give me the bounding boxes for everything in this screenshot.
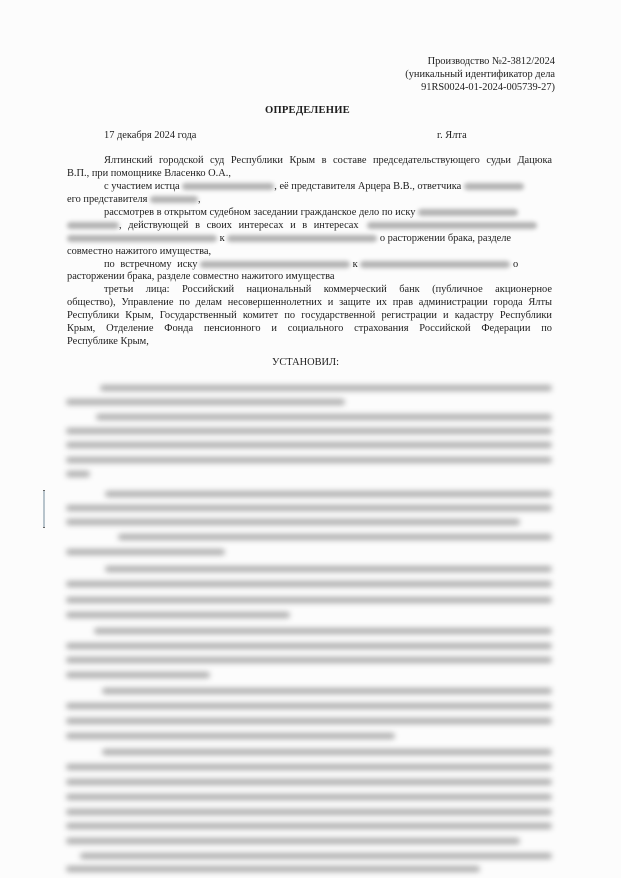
redacted-line [66,519,520,525]
redacted-line [118,534,552,540]
redacted-line [66,718,552,724]
counter-claim-text: к [353,259,358,270]
participation-plaintiff-label: с участием истца [104,181,180,192]
court-line-1: Ялтинский городской суд Республики Крым … [104,154,552,167]
redacted-line [66,505,552,511]
redacted-line [66,809,552,815]
third-parties-line-2: общество), Управление по делам несоверше… [67,296,552,309]
redacted-line [66,597,552,603]
third-parties-line-1: третьи лица: Российский национальный ком… [104,283,552,296]
redacted-line [66,428,552,434]
case-number: Производство №2-3812/2024 [428,55,555,68]
redacted-name [200,261,350,268]
case-id-label: (уникальный идентификатор дела [405,68,555,81]
redacted-line [66,764,552,770]
redacted-line [66,399,345,405]
redacted-line [66,703,552,709]
redacted-line [102,749,552,755]
redacted-line [100,385,552,391]
redacted-line [66,866,480,872]
redacted-name [464,183,524,190]
review-text: рассмотрев в открытом судебном заседании… [104,207,415,218]
redacted-line [102,688,552,694]
redacted-line [66,457,552,463]
redacted-line [66,581,552,587]
participation-representative: , её представителя Арцера В.В., ответчик… [274,181,461,192]
review-line-3: к о расторжении брака, разделе [67,232,511,245]
redacted-line [105,491,552,497]
redacted-name [67,222,119,229]
document-page: Производство №2-3812/2024 (уникальный ид… [0,0,621,878]
redacted-line [66,643,552,649]
document-place: г. Ялта [437,129,467,142]
redacted-line [66,733,395,739]
redacted-name [418,209,518,216]
comma: , [198,194,201,205]
redacted-name [360,261,510,268]
review-text: о расторжении брака, разделе [380,233,511,244]
redacted-name [150,196,198,203]
redacted-name [182,183,274,190]
redacted-line [96,414,552,420]
third-parties-line-5: Республике Крым, [67,335,149,348]
redacted-name [67,235,217,242]
counter-claim-text: о [513,259,518,270]
third-parties-line-4: Крым, Отделение Фонда пенсионного и соци… [67,322,552,335]
redacted-line [94,628,552,634]
court-line-2: В.П., при помощнике Власенко О.А., [67,167,231,180]
redacted-line [105,566,552,572]
participation-line-2: его представителя , [67,193,201,206]
participation-line: с участием истца , её представителя Арце… [104,180,524,193]
redacted-name [227,235,377,242]
redacted-line [66,657,552,663]
case-id: 91RS0024-01-2024-005739-27) [421,81,555,94]
review-text: к [220,233,225,244]
review-line-2: , действующей в своих интересах и в инте… [67,219,537,232]
redacted-line [66,471,90,477]
redacted-line [66,794,552,800]
redacted-line [66,838,520,844]
redacted-line [66,779,552,785]
document-date: 17 декабря 2024 года [104,129,196,142]
review-line-4: совместно нажитого имущества, [67,245,211,258]
redacted-line [66,549,225,555]
review-text: , действующей в своих интересах и в инте… [119,220,359,231]
section-heading: УСТАНОВИЛ: [272,356,339,369]
counter-claim-line-2: расторжении брака, разделе совместно наж… [67,270,335,283]
redacted-line [66,442,552,448]
redacted-line [66,672,210,678]
document-title: ОПРЕДЕЛЕНИЕ [265,104,350,117]
counter-claim-text: по встречному иску [104,259,197,270]
redacted-line [80,853,552,859]
third-parties-line-3: Республики Крым, Государственный комитет… [67,309,552,322]
redacted-line [66,612,290,618]
margin-mark [43,490,45,528]
redacted-name [367,222,537,229]
defendant-representative-label: его представителя [67,194,147,205]
redacted-line [66,823,552,829]
review-line-1: рассмотрев в открытом судебном заседании… [104,206,518,219]
